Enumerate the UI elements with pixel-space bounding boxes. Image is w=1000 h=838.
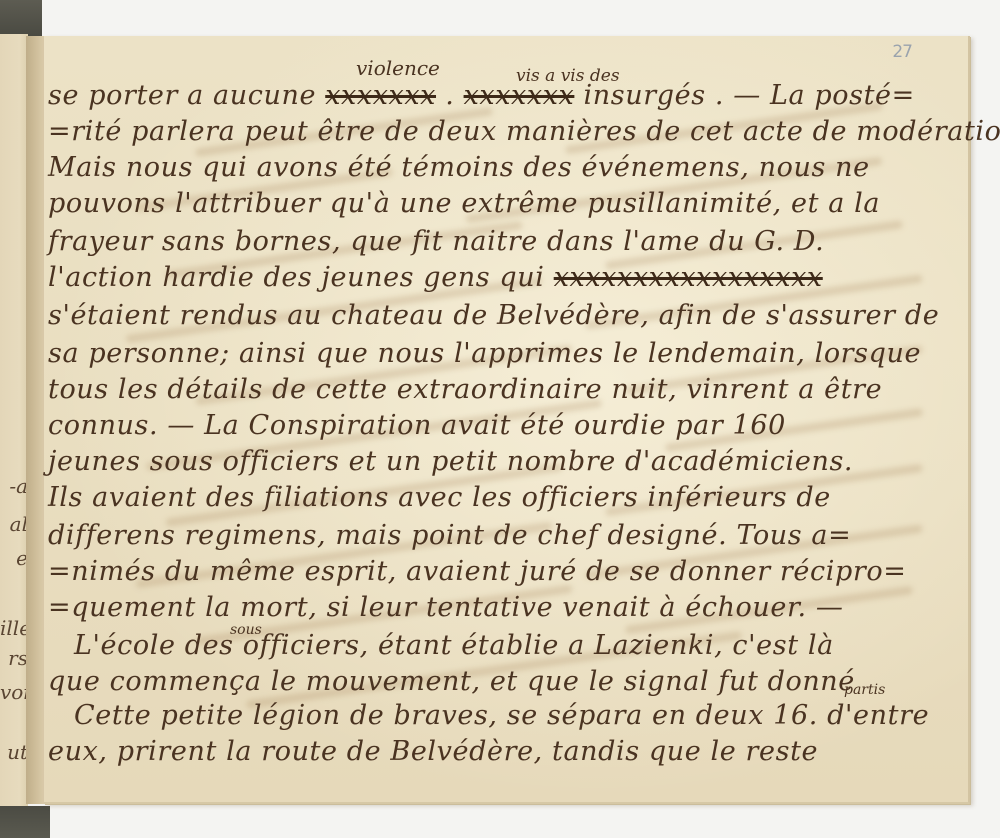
struck-word: xxxxxxx xyxy=(325,80,436,111)
struck-word: xxxxxxxxxxxxxxxxx xyxy=(554,262,823,293)
line-segment: se porter a aucune xyxy=(48,80,325,111)
facing-page-edge: -a al e illes rs voit ut xyxy=(0,34,28,806)
backing-board-top xyxy=(0,0,42,36)
text-line: Cette petite légion de braves, se sépara… xyxy=(74,700,929,731)
text-line: s'étaient rendus au chateau de Belvédère… xyxy=(48,300,939,331)
page-number: 27 xyxy=(892,42,912,62)
line-segment: . xyxy=(436,80,464,111)
interlinear-insertion: violence xyxy=(356,56,440,80)
manuscript-scan: -a al e illes rs voit ut 27 violence vis… xyxy=(0,0,1000,838)
facing-fragment: rs xyxy=(0,646,28,670)
text-line: =quement la mort, si leur tentative vena… xyxy=(48,592,844,623)
text-line: differens regimens, mais point de chef d… xyxy=(48,520,851,551)
text-line: sa personne; ainsi que nous l'apprimes l… xyxy=(48,338,921,369)
text-line: Mais nous qui avons été témoins des évén… xyxy=(48,152,870,183)
text-line: connus. — La Conspiration avait été ourd… xyxy=(48,410,786,441)
manuscript-page: 27 violence vis a vis des sous partis se… xyxy=(44,36,970,804)
text-line: =rité parlera peut être de deux manières… xyxy=(48,116,1000,147)
text-line: Ils avaient des filiations avec les offi… xyxy=(48,482,831,513)
facing-fragment: ut xyxy=(0,740,28,764)
facing-fragment: e xyxy=(0,546,28,570)
text-line: =nimés du même esprit, avaient juré de s… xyxy=(48,556,906,587)
text-line: se porter a aucune xxxxxxx . xxxxxxx ins… xyxy=(48,80,915,111)
struck-word: xxxxxxx xyxy=(464,80,575,111)
text-line: eux, prirent la route de Belvédère, tand… xyxy=(48,736,818,767)
text-line: l'action hardie des jeunes gens qui xxxx… xyxy=(48,262,823,293)
text-line: jeunes sous officiers et un petit nombre… xyxy=(48,446,853,477)
facing-fragment: illes xyxy=(0,616,28,640)
text-line: L'école des officiers, étant établie a L… xyxy=(74,630,834,661)
facing-fragment: voit xyxy=(0,680,28,704)
facing-fragment: al xyxy=(0,512,28,536)
facing-fragment: -a xyxy=(0,474,28,498)
text-line: tous les détails de cette extraordinaire… xyxy=(48,374,882,405)
text-line: frayeur sans bornes, que fit naitre dans… xyxy=(48,226,824,257)
text-line: pouvons l'attribuer qu'à une extrême pus… xyxy=(48,188,880,219)
backing-board-bottom xyxy=(0,806,50,838)
line-segment: l'action hardie des jeunes gens qui xyxy=(48,262,554,293)
text-line: que commença le mouvement, et que le sig… xyxy=(48,666,855,697)
line-segment: insurgés . — La posté= xyxy=(574,80,914,111)
